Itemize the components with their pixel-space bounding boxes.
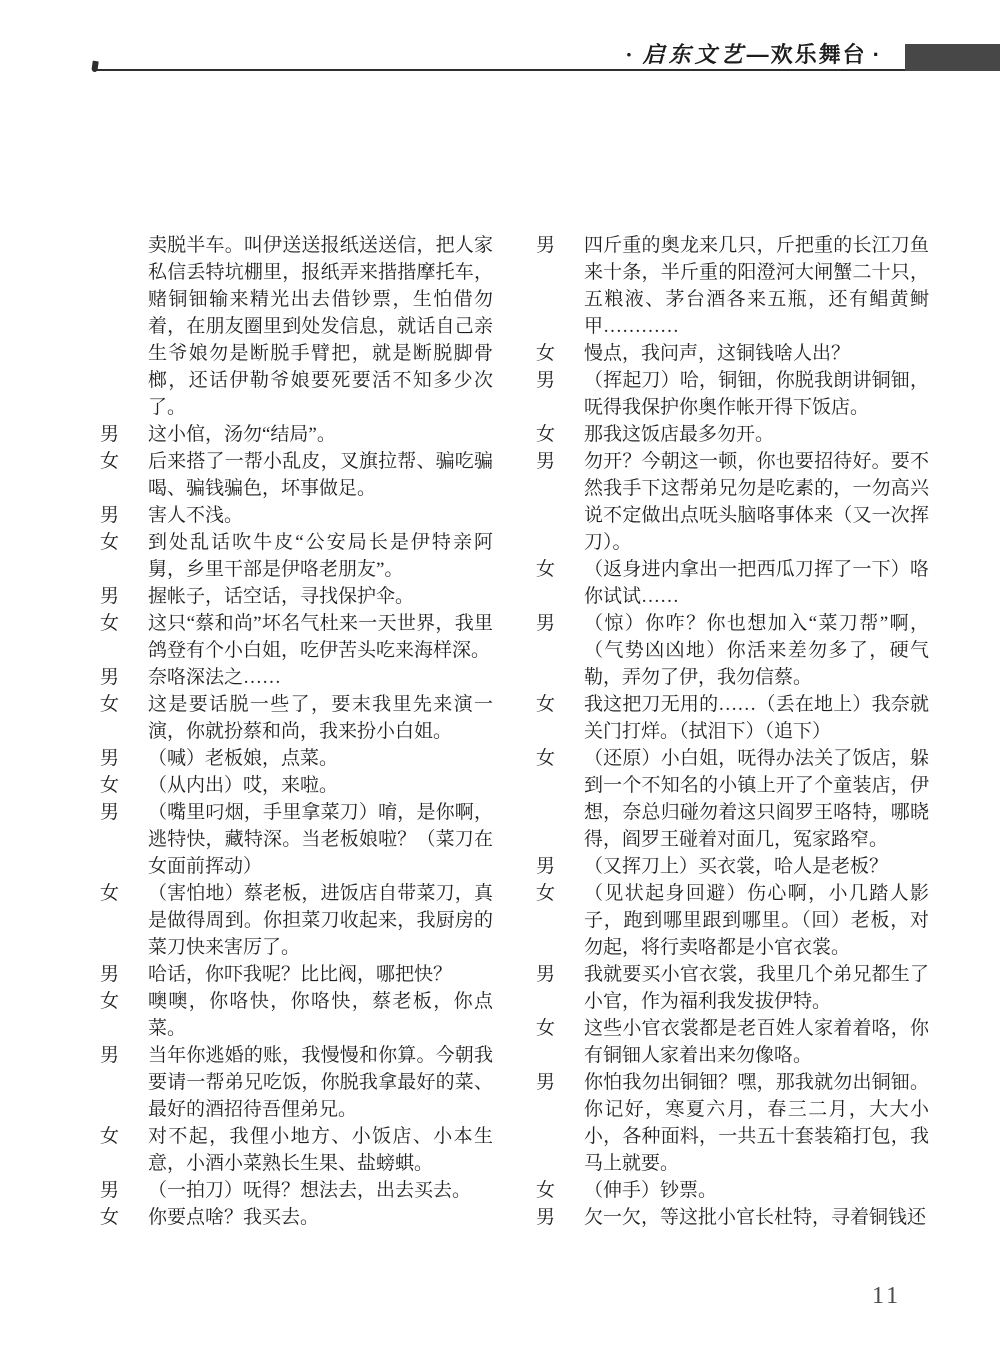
dialogue-row: 男（喊）老板娘，点菜。 [100, 745, 493, 772]
dialogue-row: 男奈咯深法之…… [100, 664, 493, 691]
dialogue-text: 对不起，我俚小地方、小饭店、小本生意，小酒小菜熟长生果、盐螃蜞。 [148, 1123, 493, 1177]
dialogue-text: （又挥刀上）买衣裳，哈人是老板？ [584, 853, 929, 880]
dialogue-text: （伸手）钞票。 [584, 1177, 929, 1204]
dialogue-row: 女噢噢，你咯快，你咯快，蔡老板，你点菜。 [100, 988, 493, 1042]
dialogue-row: 男四斤重的奥龙来几只，斤把重的长江刀鱼来十条，半斤重的阳澄河大闸蟹二十只，五粮液… [536, 232, 929, 340]
dialogue-text: 你要点啥？我买去。 [148, 1204, 493, 1231]
dialogue-row: 男（又挥刀上）买衣裳，哈人是老板？ [536, 853, 929, 880]
dialogue-row: 女对不起，我俚小地方、小饭店、小本生意，小酒小菜熟长生果、盐螃蜞。 [100, 1123, 493, 1177]
dialogue-text: （嘴里叼烟，手里拿菜刀）唷，是你啊，逃特快，藏特深。当老板娘啦？（菜刀在女面前挥… [148, 799, 493, 880]
dialogue-row: 女这是要话脱一些了，要末我里先来演一演，你就扮蔡和尚，我来扮小白姐。 [100, 691, 493, 745]
speaker-label: 女 [536, 880, 584, 961]
speaker-label: 男 [100, 421, 148, 448]
dialogue-row: 女你要点啥？我买去。 [100, 1204, 493, 1231]
dialogue-text: 四斤重的奥龙来几只，斤把重的长江刀鱼来十条，半斤重的阳澄河大闸蟹二十只，五粮液、… [584, 232, 929, 340]
speaker-label: 女 [536, 340, 584, 367]
dialogue-text: 卖脱半车。叫伊送送报纸送送信，把人家私信丢特坑棚里，报纸弄来揩揩摩托车，赌铜钿输… [148, 232, 493, 421]
dialogue-text: 噢噢，你咯快，你咯快，蔡老板，你点菜。 [148, 988, 493, 1042]
dialogue-row: 女那我这饭店最多勿开。 [536, 421, 929, 448]
dialogue-row: 女（伸手）钞票。 [536, 1177, 929, 1204]
speaker-label: 女 [100, 691, 148, 745]
dialogue-row: 男（挥起刀）哈，铜钿，你脱我朗讲铜钿，呒得我保护你奥作帐开得下饭店。 [536, 367, 929, 421]
header-divider-line [95, 69, 1000, 71]
speaker-label: 女 [100, 610, 148, 664]
dialogue-row: 女到处乱话吹牛皮“公安局长是伊特亲阿舅，乡里干部是伊咯老朋友”。 [100, 529, 493, 583]
dialogue-row: 女（害怕地）蔡老板，进饭店自带菜刀，真是做得周到。你担菜刀收起来，我厨房的菜刀快… [100, 880, 493, 961]
left-column: 卖脱半车。叫伊送送报纸送送信，把人家私信丢特坑棚里，报纸弄来揩揩摩托车，赌铜钿输… [100, 232, 493, 1231]
dialogue-row: 女我这把刀无用的……（丢在地上）我奈就关门打烊。（拭泪下）（追下） [536, 691, 929, 745]
speaker-label: 女 [536, 691, 584, 745]
dialogue-text: （害怕地）蔡老板，进饭店自带菜刀，真是做得周到。你担菜刀收起来，我厨房的菜刀快来… [148, 880, 493, 961]
dialogue-text: 这小倌，汤勿“结局”。 [148, 421, 493, 448]
speaker-label: 男 [536, 961, 584, 1015]
magazine-page: { "header": { "prefix_bullet": "·", "tit… [0, 0, 1000, 1357]
speaker-label: 女 [536, 745, 584, 853]
dialogue-text: （喊）老板娘，点菜。 [148, 745, 493, 772]
dialogue-text: 你怕我勿出铜钿？嘿，那我就勿出铜钿。你记好，寒夏六月，春三二月，大大小小，各种面… [584, 1069, 929, 1177]
dialogue-row: 卖脱半车。叫伊送送报纸送送信，把人家私信丢特坑棚里，报纸弄来揩揩摩托车，赌铜钿输… [100, 232, 493, 421]
dialogue-row: 男欠一欠，等这批小官长杜特，寻着铜钱还 [536, 1204, 929, 1231]
dialogue-text: 慢点，我问声，这铜钱啥人出？ [584, 340, 929, 367]
speaker-label [100, 232, 148, 421]
dialogue-row: 女（返身进内拿出一把西瓜刀挥了一下）咯你试试…… [536, 556, 929, 610]
speaker-label: 女 [100, 772, 148, 799]
dialogue-text: （见状起身回避）伤心啊，小几踏人影子，跑到哪里跟到哪里。（回）老板，对勿起，将行… [584, 880, 929, 961]
dialogue-text: 这只“蔡和尚”坏名气杜来一天世界，我里鸽登有个小白姐，吃伊苦头吃来海样深。 [148, 610, 493, 664]
dialogue-row: 男勿开？今朝这一顿，你也要招待好。要不然我手下这帮弟兄勿是吃素的，一勿高兴说不定… [536, 448, 929, 556]
dialogue-text: 到处乱话吹牛皮“公安局长是伊特亲阿舅，乡里干部是伊咯老朋友”。 [148, 529, 493, 583]
speaker-label: 女 [536, 1015, 584, 1069]
dialogue-text: 当年你逃婚的账，我慢慢和你算。今朝我要请一帮弟兄吃饭，你脱我拿最好的菜、最好的酒… [148, 1042, 493, 1123]
speaker-label: 女 [100, 529, 148, 583]
speaker-label: 男 [536, 1204, 584, 1231]
speaker-label: 女 [100, 1123, 148, 1177]
speaker-label: 男 [536, 367, 584, 421]
dialogue-text: 这是要话脱一些了，要末我里先来演一演，你就扮蔡和尚，我来扮小白姐。 [148, 691, 493, 745]
dialogue-row: 男（一拍刀）呒得？想法去，出去买去。 [100, 1177, 493, 1204]
dialogue-row: 男这小倌，汤勿“结局”。 [100, 421, 493, 448]
speaker-label: 男 [100, 1177, 148, 1204]
dialogue-text: （一拍刀）呒得？想法去，出去买去。 [148, 1177, 493, 1204]
header-right-bullet: · [873, 42, 882, 67]
speaker-label: 男 [536, 448, 584, 556]
dialogue-text: （返身进内拿出一把西瓜刀挥了一下）咯你试试…… [584, 556, 929, 610]
dialogue-text: 这些小官衣裳都是老百姓人家着着咯，你有铜钿人家着出来勿像咯。 [584, 1015, 929, 1069]
dialogue-text: 哈话，你吓我呢？比比阀，哪把快？ [148, 961, 493, 988]
dialogue-text: 后来搭了一帮小乱皮，叉旗拉帮、骗吃骗喝、骗钱骗色，坏事做足。 [148, 448, 493, 502]
speaker-label: 女 [100, 880, 148, 961]
dialogue-row: 女（从内出）哎，来啦。 [100, 772, 493, 799]
speaker-label: 男 [536, 232, 584, 340]
dialogue-text: （惊）你咋？你也想加入“菜刀帮”啊，（气势凶凶地）你活来差勿多了，硬气勒，弄勿了… [584, 610, 929, 691]
dialogue-text: （挥起刀）哈，铜钿，你脱我朗讲铜钿，呒得我保护你奥作帐开得下饭店。 [584, 367, 929, 421]
dialogue-row: 男害人不浅。 [100, 502, 493, 529]
dialogue-text: 我这把刀无用的……（丢在地上）我奈就关门打烊。（拭泪下）（追下） [584, 691, 929, 745]
speaker-label: 男 [100, 583, 148, 610]
corner-ink-block [905, 44, 1000, 71]
header-dash: — [747, 42, 771, 67]
speaker-label: 男 [536, 853, 584, 880]
speaker-label: 男 [100, 664, 148, 691]
speaker-label: 女 [536, 556, 584, 610]
speaker-label: 女 [536, 1177, 584, 1204]
speaker-label: 女 [100, 448, 148, 502]
speaker-label: 女 [100, 1204, 148, 1231]
right-column: 男四斤重的奥龙来几只，斤把重的长江刀鱼来十条，半斤重的阳澄河大闸蟹二十只，五粮液… [536, 232, 929, 1231]
dialogue-text: 那我这饭店最多勿开。 [584, 421, 929, 448]
header-left-bullet: · [625, 42, 636, 67]
dialogue-text: 我就要买小官衣裳，我里几个弟兄都生了小官，作为福利我发拔伊特。 [584, 961, 929, 1015]
dialogue-text: 奈咯深法之…… [148, 664, 493, 691]
dialogue-row: 男哈话，你吓我呢？比比阀，哪把快？ [100, 961, 493, 988]
magazine-title: 启东文艺 [643, 42, 747, 67]
dialogue-row: 男（惊）你咋？你也想加入“菜刀帮”啊，（气势凶凶地）你活来差勿多了，硬气勒，弄勿… [536, 610, 929, 691]
dialogue-row: 女这些小官衣裳都是老百姓人家着着咯，你有铜钿人家着出来勿像咯。 [536, 1015, 929, 1069]
speaker-label: 男 [100, 961, 148, 988]
dialogue-row: 男当年你逃婚的账，我慢慢和你算。今朝我要请一帮弟兄吃饭，你脱我拿最好的菜、最好的… [100, 1042, 493, 1123]
dialogue-text: （还原）小白姐，呒得办法关了饭店，躲到一个不知名的小镇上开了个童装店，伊想，奈总… [584, 745, 929, 853]
page-number: 11 [872, 1283, 901, 1310]
speaker-label: 女 [100, 988, 148, 1042]
speaker-label: 男 [100, 1042, 148, 1123]
speaker-label: 男 [100, 799, 148, 880]
section-title: 欢乐舞台 [771, 42, 867, 67]
dialogue-text: （从内出）哎，来啦。 [148, 772, 493, 799]
dialogue-row: 男握帐子，话空话，寻找保护伞。 [100, 583, 493, 610]
dialogue-text: 勿开？今朝这一顿，你也要招待好。要不然我手下这帮弟兄勿是吃素的，一勿高兴说不定做… [584, 448, 929, 556]
speaker-label: 男 [536, 1069, 584, 1177]
dialogue-text: 欠一欠，等这批小官长杜特，寻着铜钱还 [584, 1204, 929, 1231]
dialogue-row: 男你怕我勿出铜钿？嘿，那我就勿出铜钿。你记好，寒夏六月，春三二月，大大小小，各种… [536, 1069, 929, 1177]
speaker-label: 男 [536, 610, 584, 691]
dialogue-text: 握帐子，话空话，寻找保护伞。 [148, 583, 493, 610]
dialogue-row: 女（还原）小白姐，呒得办法关了饭店，躲到一个不知名的小镇上开了个童装店，伊想，奈… [536, 745, 929, 853]
speaker-label: 男 [100, 745, 148, 772]
dialogue-text: 害人不浅。 [148, 502, 493, 529]
dialogue-row: 男（嘴里叼烟，手里拿菜刀）唷，是你啊，逃特快，藏特深。当老板娘啦？（菜刀在女面前… [100, 799, 493, 880]
page-header: ·启东文艺—欢乐舞台· [619, 42, 888, 68]
speaker-label: 女 [536, 421, 584, 448]
dialogue-row: 女后来搭了一帮小乱皮，叉旗拉帮、骗吃骗喝、骗钱骗色，坏事做足。 [100, 448, 493, 502]
dialogue-row: 女慢点，我问声，这铜钱啥人出？ [536, 340, 929, 367]
dialogue-row: 女（见状起身回避）伤心啊，小几踏人影子，跑到哪里跟到哪里。（回）老板，对勿起，将… [536, 880, 929, 961]
dialogue-row: 男我就要买小官衣裳，我里几个弟兄都生了小官，作为福利我发拔伊特。 [536, 961, 929, 1015]
dialogue-row: 女这只“蔡和尚”坏名气杜来一天世界，我里鸽登有个小白姐，吃伊苦头吃来海样深。 [100, 610, 493, 664]
speaker-label: 男 [100, 502, 148, 529]
